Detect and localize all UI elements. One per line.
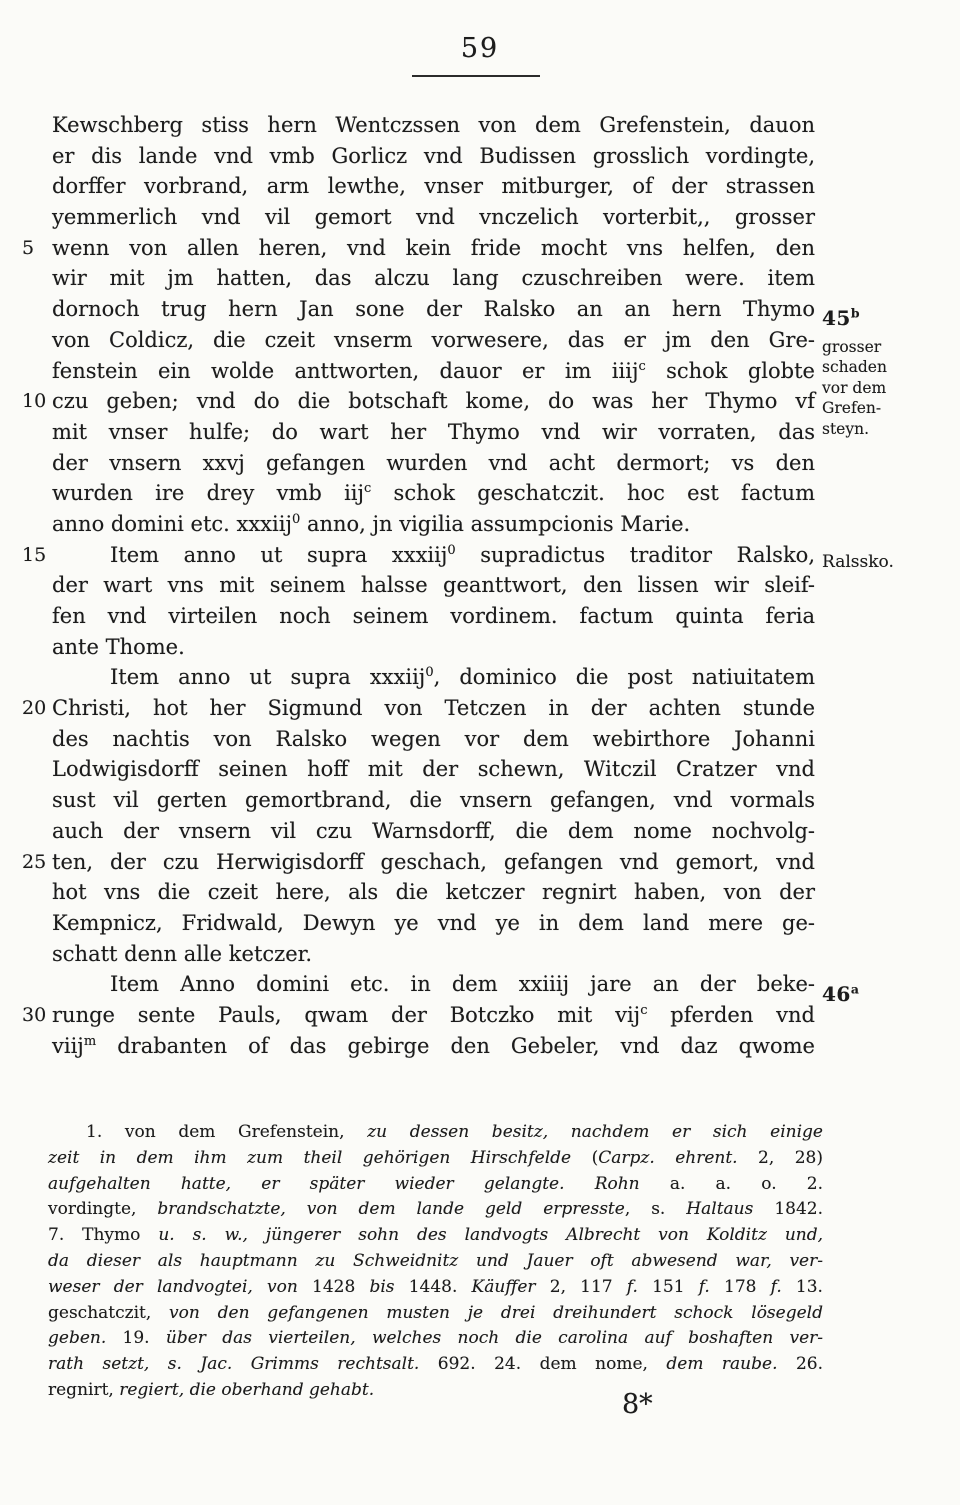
margin-note-line: steyn. — [822, 419, 887, 440]
text-line: ten, der czu Herwigisdorff geschach, gef… — [52, 847, 815, 878]
text-line: auch der vnsern vil czu Warnsdorff, die … — [52, 816, 815, 847]
text-line: ante Thome. — [52, 632, 815, 663]
line-number: 20 — [22, 693, 48, 724]
text-line: hot vns die czeit here, als die ketczer … — [52, 877, 815, 908]
margin-note: 46a — [822, 982, 859, 1006]
text-line: er dis lande vnd vmb Gorlicz vnd Budisse… — [52, 141, 815, 172]
footnote-line: geschatczit, von den gefangenen musten j… — [48, 1301, 823, 1327]
signature-mark: 8* — [622, 1389, 653, 1420]
margin-note: 45b — [822, 306, 860, 330]
body-text: Kewschberg stiss hern Wentczssen von dem… — [52, 110, 815, 1061]
text-line: sust vil gerten gemortbrand, die vnsern … — [52, 785, 815, 816]
line-number: 15 — [22, 540, 48, 571]
footnote-line: vordingte, brandschatzte, von dem lande … — [48, 1197, 823, 1223]
line-number: 10 — [22, 386, 48, 417]
text-line: wurden ire drey vmb iijc schok geschatcz… — [52, 478, 815, 509]
text-line: wenn von allen heren, vnd kein fride moc… — [52, 233, 815, 264]
margin-note: grosserschadenvor demGrefen-steyn. — [822, 337, 887, 440]
footnote-line: zeit in dem ihm zum theil gehörigen Hirs… — [48, 1146, 823, 1172]
margin-note-line: schaden — [822, 357, 887, 378]
margin-note-line: vor dem — [822, 378, 887, 399]
text-line: fen vnd virteilen noch seinem vordinem. … — [52, 601, 815, 632]
text-line: Item anno ut supra xxxiij0, dominico die… — [52, 662, 815, 693]
line-number: 25 — [22, 847, 48, 878]
text-line: schatt denn alle ketczer. — [52, 939, 815, 970]
header-rule — [412, 75, 540, 77]
margin-note: Ralssko. — [822, 552, 894, 572]
footnote-line: geben. 19. über das vierteilen, welches … — [48, 1326, 823, 1352]
footnote-line: aufgehalten hatte, er später wieder gela… — [48, 1172, 823, 1198]
text-line: mit vnser hulfe; do wart her Thymo vnd w… — [52, 417, 815, 448]
text-line: der wart vns mit seinem halsse geanttwor… — [52, 570, 815, 601]
footnote-line: weser der landvogtei, von 1428 bis 1448.… — [48, 1275, 823, 1301]
book-page-scan: 59 Kewschberg stiss hern Wentczssen von … — [0, 0, 960, 1505]
text-line: Kewschberg stiss hern Wentczssen von dem… — [52, 110, 815, 141]
text-line: von Coldicz, die czeit vnserm vorwesere,… — [52, 325, 815, 356]
page-number: 59 — [0, 33, 960, 64]
text-line: Kempnicz, Fridwald, Dewyn ye vnd ye in d… — [52, 908, 815, 939]
text-line: anno domini etc. xxxiij0 anno, jn vigili… — [52, 509, 815, 540]
text-line: dornoch trug hern Jan sone der Ralsko an… — [52, 294, 815, 325]
text-line: wir mit jm hatten, das alczu lang czusch… — [52, 263, 815, 294]
text-line: yemmerlich vnd vil gemort vnd vnczelich … — [52, 202, 815, 233]
text-line: Item anno ut supra xxxiij0 supradictus t… — [52, 540, 815, 571]
text-line: Item Anno domini etc. in dem xxiiij jare… — [52, 969, 815, 1000]
text-line: viijm drabanten of das gebirge den Gebel… — [52, 1031, 815, 1062]
footnote-line: regnirt, regiert, die oberhand gehabt. — [48, 1378, 823, 1404]
footnote-line: 1. von dem Grefenstein, zu dessen besitz… — [48, 1120, 823, 1146]
footnote-line: 7. Thymo u. s. w., jüngerer sohn des lan… — [48, 1223, 823, 1249]
text-line: der vnsern xxvj gefangen wurden vnd acht… — [52, 448, 815, 479]
text-line: czu geben; vnd do die botschaft kome, do… — [52, 386, 815, 417]
text-line: dorffer vorbrand, arm lewthe, vnser mitb… — [52, 171, 815, 202]
footnote-line: rath setzt, s. Jac. Grimms rechtsalt. 69… — [48, 1352, 823, 1378]
text-line: Lodwigisdorff seinen hoff mit der schewn… — [52, 754, 815, 785]
line-number: 5 — [22, 233, 48, 264]
text-line: fenstein ein wolde anttworten, dauor er … — [52, 356, 815, 387]
text-line: runge sente Pauls, qwam der Botczko mit … — [52, 1000, 815, 1031]
text-line: Christi, hot her Sigmund von Tetczen in … — [52, 693, 815, 724]
line-number: 30 — [22, 1000, 48, 1031]
footnotes: 1. von dem Grefenstein, zu dessen besitz… — [48, 1120, 823, 1404]
footnote-line: da dieser als hauptmann zu Schweidnitz u… — [48, 1249, 823, 1275]
margin-note-line: Grefen- — [822, 398, 887, 419]
margin-note-line: grosser — [822, 337, 887, 358]
text-line: des nachtis von Ralsko wegen vor dem web… — [52, 724, 815, 755]
